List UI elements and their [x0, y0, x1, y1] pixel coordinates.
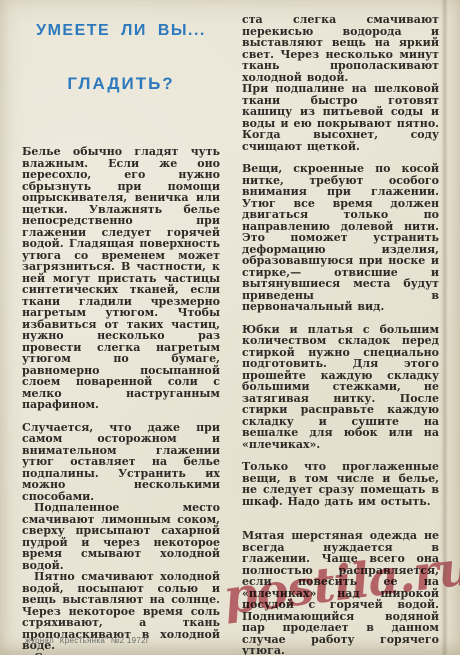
paragraph: Юбки и платья с большим количеством скла… — [242, 324, 439, 451]
paragraph: Вещи, скроенные по косой нитке, требуют … — [242, 163, 439, 313]
paragraph: Случается, что даже при самом осторожном… — [22, 422, 220, 503]
page-fold-shadow — [441, 0, 448, 655]
paragraph: При подпалине на шелковой ткани быстро г… — [242, 83, 439, 152]
article-title-line2: ГЛАДИТЬ? — [22, 74, 220, 94]
source-caption: журнал "Крестьянка" №2 1972г — [25, 636, 149, 645]
paragraph: Только что проглаженные вещи, в том числ… — [242, 461, 439, 507]
paragraph: ста слегка смачивают перекисью водорода … — [242, 14, 439, 83]
paragraph: Мятая шерстяная одежда не всегда нуждает… — [242, 530, 439, 655]
left-column: Белье обычно гладят чуть влажным. Если ж… — [22, 146, 220, 655]
article-title-line1: УМЕЕТЕ ЛИ ВЫ... — [22, 22, 220, 40]
paragraph: Сильно подпаленные ме- — [22, 652, 220, 655]
paragraph: Белье обычно гладят чуть влажным. Если ж… — [22, 146, 220, 411]
magazine-page: УМЕЕТЕ ЛИ ВЫ... ГЛАДИТЬ? Белье обычно гл… — [0, 0, 460, 655]
right-column: ста слегка смачивают перекисью водорода … — [242, 14, 439, 655]
paragraph: Подпаленное место смачивают лимонным сок… — [22, 502, 220, 571]
